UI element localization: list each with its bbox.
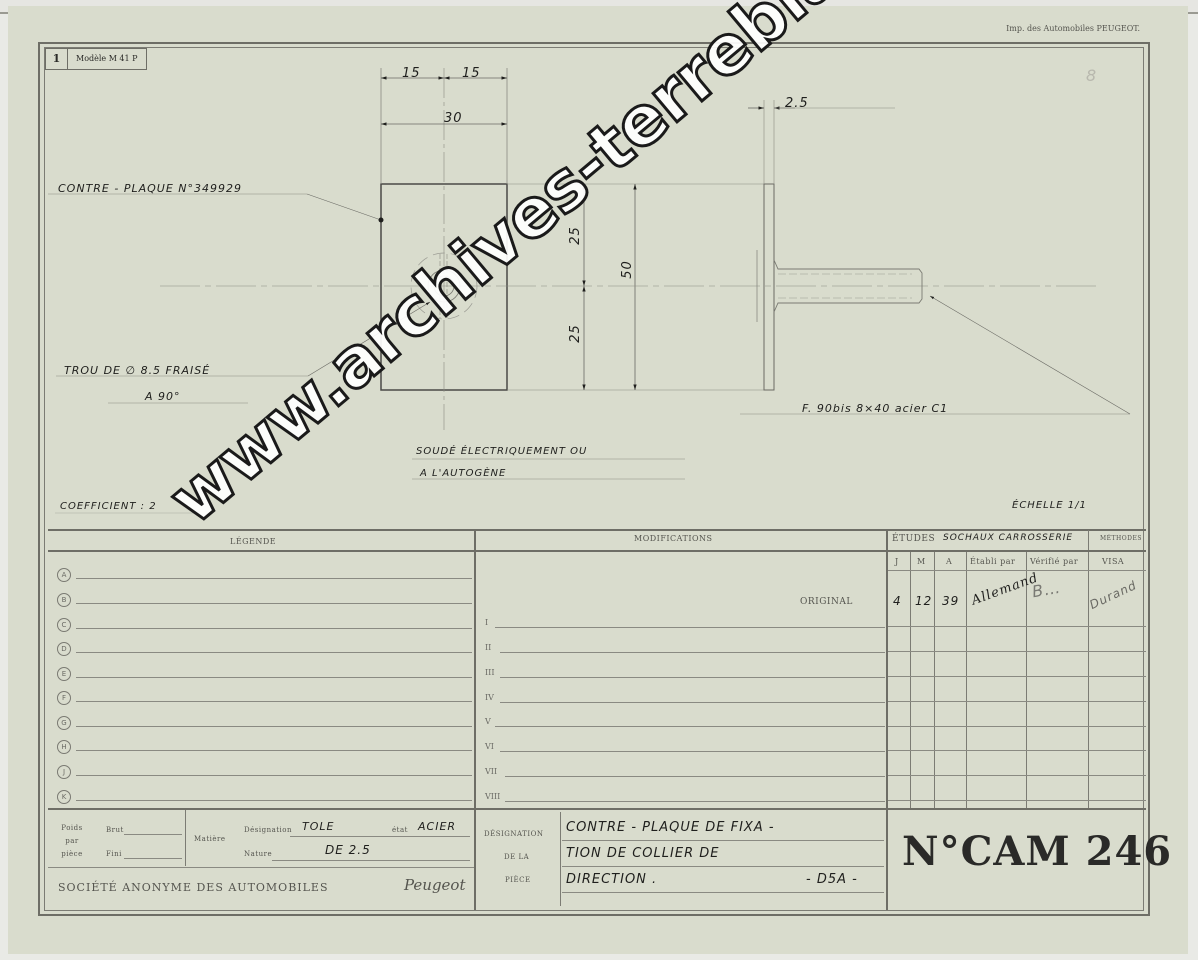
mod-row-viii: VIII xyxy=(485,792,500,801)
col-visa: VISA xyxy=(1102,557,1124,566)
designation-value: TOLE xyxy=(302,820,334,833)
peugeot-logo: Peugeot xyxy=(404,876,466,894)
dim-25-bottom: 25 xyxy=(568,324,583,343)
dim-30: 30 xyxy=(444,111,463,126)
title-block-top-border xyxy=(48,529,1146,531)
dim-50: 50 xyxy=(620,260,635,279)
modifications-title: MODIFICATIONS xyxy=(634,534,713,543)
piece-label-2: DE LA xyxy=(504,853,529,861)
scale-label: ÉCHELLE 1/1 xyxy=(1012,500,1087,511)
col-j: J xyxy=(895,557,899,566)
mod-row-v: V xyxy=(485,717,491,726)
legende-header-rule xyxy=(48,550,886,552)
entry-j: 4 xyxy=(893,594,902,608)
legend-marker-c: C xyxy=(57,618,71,632)
col-verifie: Vérifié par xyxy=(1030,557,1078,566)
etat-value: ACIER xyxy=(418,820,456,833)
col-etabli: Établi par xyxy=(970,557,1015,566)
legend-marker-g: G xyxy=(57,716,71,730)
callout-contre-plaque: CONTRE - PLAQUE N°349929 xyxy=(58,182,242,195)
divider-modifs-etudes xyxy=(886,530,888,808)
mod-row-i: I xyxy=(485,618,488,627)
matiere-label: Matière xyxy=(194,835,226,843)
callout-soude-line2: A L'AUTOGÈNE xyxy=(420,468,506,479)
dim-15-right: 15 xyxy=(462,66,481,81)
etat-label: état xyxy=(392,826,408,834)
entry-m: 12 xyxy=(915,594,932,608)
poids-label: Poids par pièce xyxy=(58,822,86,861)
legend-marker-j: J xyxy=(57,765,71,779)
mod-row-ii: II xyxy=(485,643,491,652)
legend-marker-b: B xyxy=(57,593,71,607)
brut-label: Brut xyxy=(106,826,124,834)
dim-2-5: 2.5 xyxy=(785,96,809,111)
legend-marker-f: F xyxy=(57,691,71,705)
piece-line-2: TION DE COLLIER DE xyxy=(566,846,719,861)
methodes-title: MÉTHODES xyxy=(1100,535,1142,542)
legend-marker-k: K xyxy=(57,790,71,804)
callout-trou-line1: TROU DE ∅ 8.5 FRAISÉ xyxy=(64,364,210,377)
nature-value: DE 2.5 xyxy=(325,843,371,857)
col-m: M xyxy=(917,557,926,566)
piece-code: - D5A - xyxy=(806,872,858,887)
legend-marker-e: E xyxy=(57,667,71,681)
etudes-title: ÉTUDES xyxy=(892,534,935,544)
coefficient-label: COEFFICIENT : 2 xyxy=(60,501,157,512)
etudes-department: SOCHAUX CARROSSERIE xyxy=(943,533,1073,543)
piece-line-1: CONTRE - PLAQUE DE FIXA - xyxy=(566,820,775,835)
mod-row-vi: VI xyxy=(485,742,494,751)
piece-label-3: PIÈCE xyxy=(505,876,531,884)
legend-marker-h: H xyxy=(57,740,71,754)
piece-label-1: DÉSIGNATION xyxy=(484,830,543,838)
entry-a: 39 xyxy=(942,594,959,608)
callout-trou-line2: A 90° xyxy=(145,390,181,403)
legende-title: LÉGENDE xyxy=(230,537,276,546)
divider-legende-modifs xyxy=(474,530,476,910)
legend-marker-a: A xyxy=(57,568,71,582)
mod-row-vii: VII xyxy=(485,767,497,776)
nature-label: Nature xyxy=(244,850,272,858)
company-name: SOCIÉTÉ ANONYME DES AUTOMOBILES xyxy=(58,881,329,894)
designation-label: Désignation xyxy=(244,826,292,834)
technical-drawing xyxy=(0,0,1198,530)
callout-soude-line1: SOUDÉ ÉLECTRIQUEMENT OU xyxy=(416,446,587,457)
dim-15-left: 15 xyxy=(402,66,421,81)
fini-label: Fini xyxy=(106,850,122,858)
mod-row-iv: IV xyxy=(485,693,494,702)
dim-25-top: 25 xyxy=(568,226,583,245)
callout-vis: F. 90bis 8×40 acier C1 xyxy=(802,402,948,415)
part-number-stamp: N°CAM 246 xyxy=(902,828,1172,875)
col-a: A xyxy=(946,557,952,566)
mod-row-iii: III xyxy=(485,668,494,677)
piece-line-3: DIRECTION . xyxy=(566,872,657,887)
original-label: ORIGINAL xyxy=(800,597,853,607)
legend-marker-d: D xyxy=(57,642,71,656)
footer-top-rule xyxy=(48,808,1146,810)
